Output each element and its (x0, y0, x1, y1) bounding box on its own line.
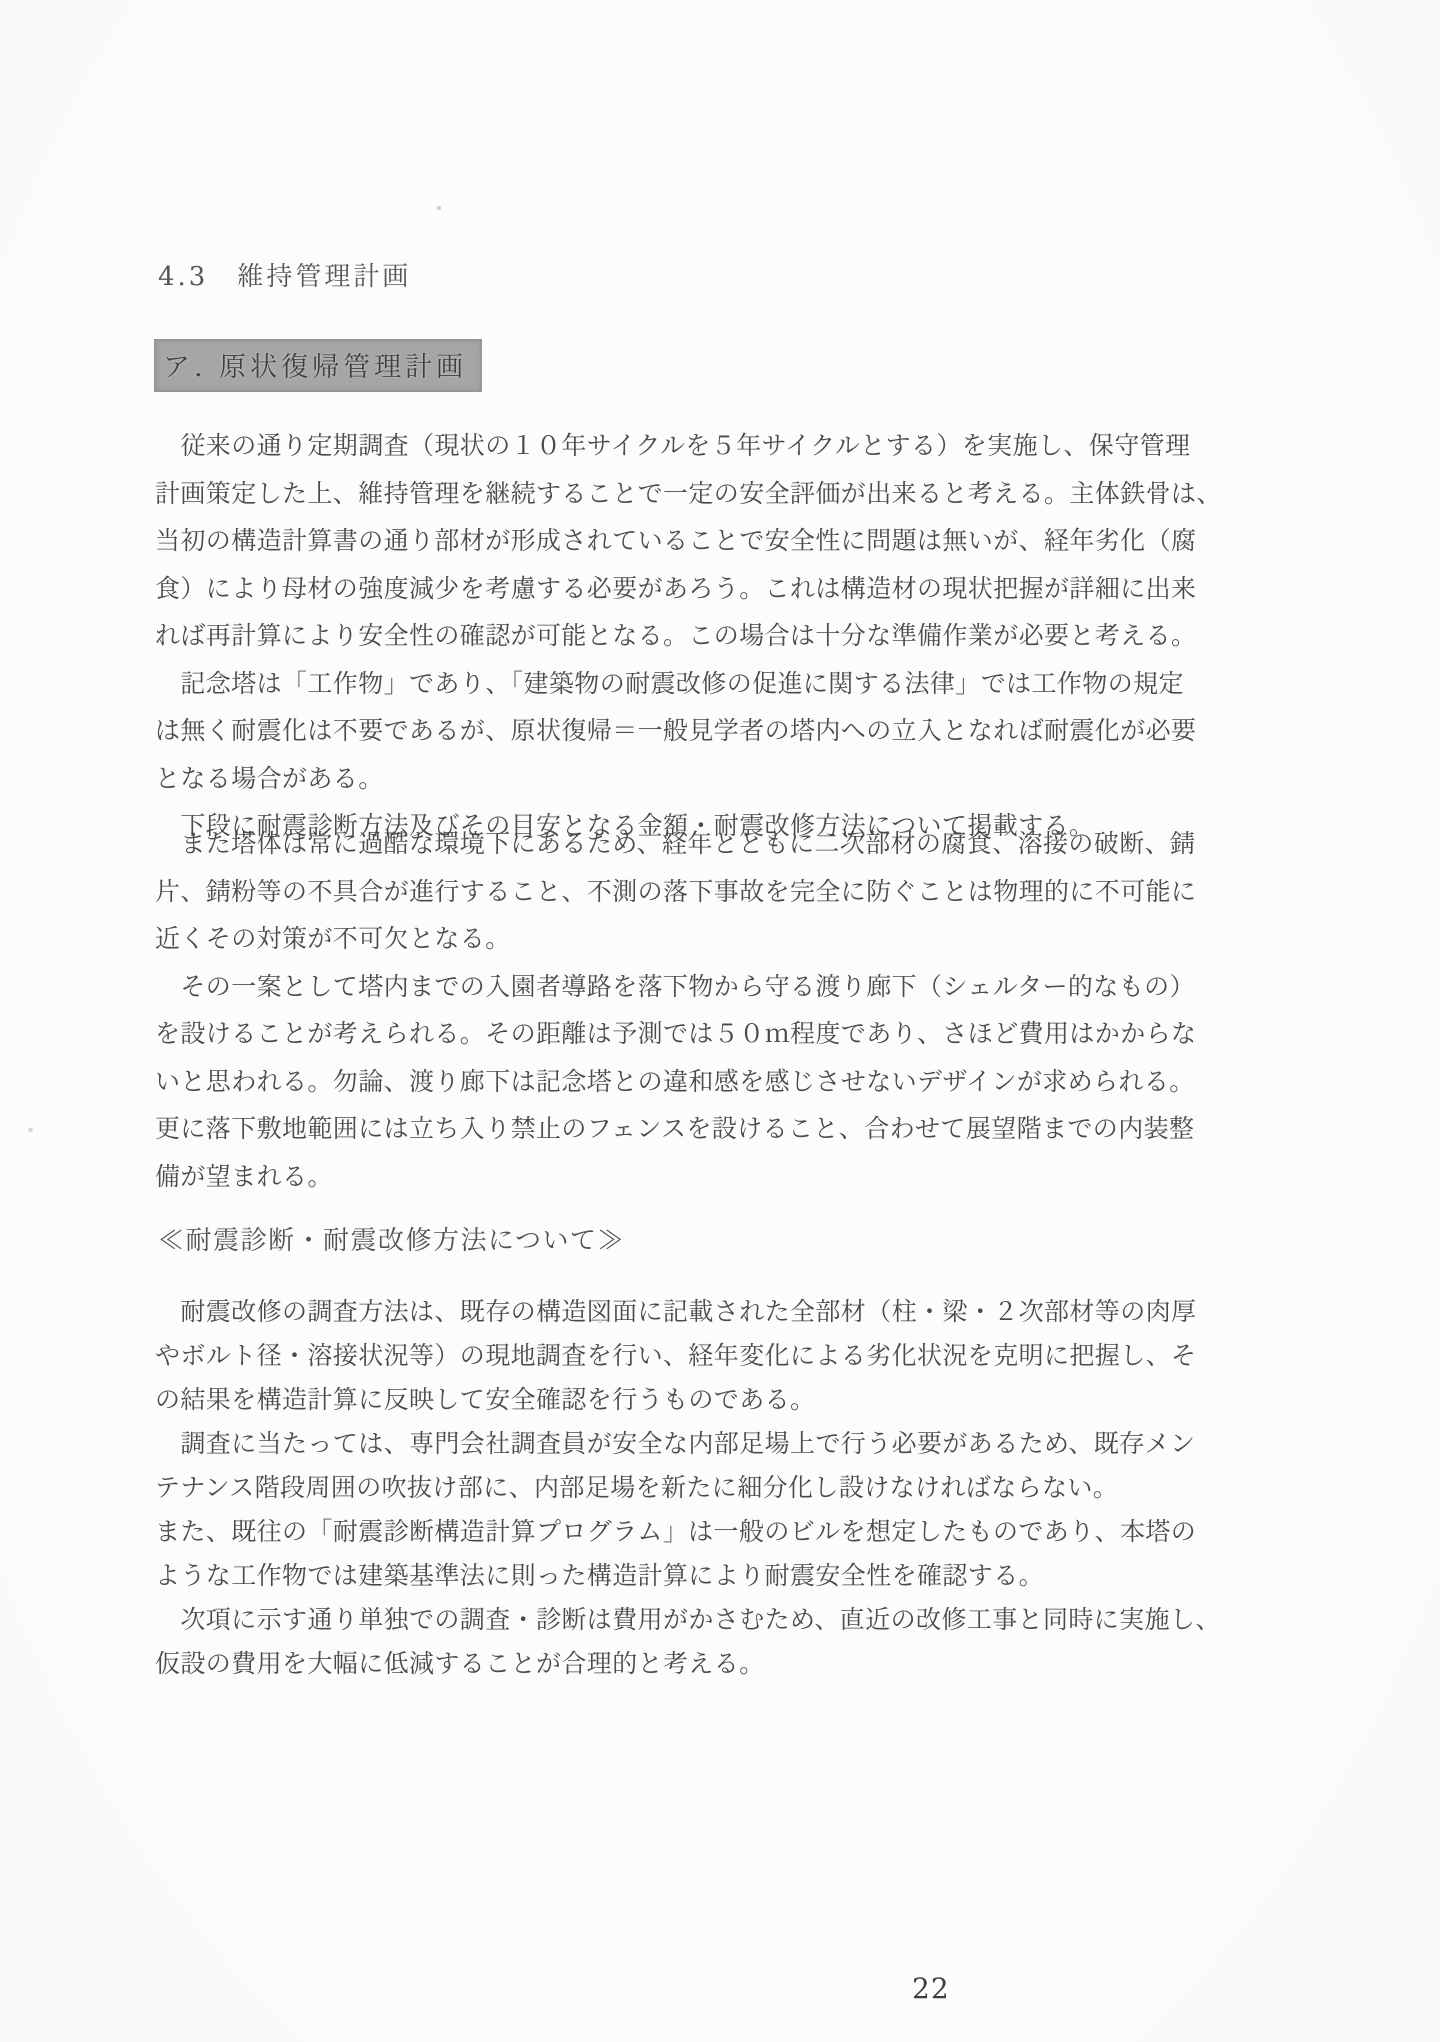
sub-section-heading: ≪耐震診断・耐震改修方法について≫ (158, 1220, 625, 1257)
scan-artifact (437, 206, 441, 210)
paragraph-block-tower-environment: また塔体は常に過酷な環境下にあるため、経年とともに二次部材の腐食、溶接の破断、錆… (155, 820, 1196, 1200)
highlighted-subheading: ア. 原状復帰管理計画 (155, 340, 481, 391)
paragraph-block-seismic-diagnosis: 耐震改修の調査方法は、既存の構造図面に記載された全部材（柱・梁・２次部材等の肉厚… (155, 1290, 1221, 1686)
document-page: 4.3 維持管理計画 ア. 原状復帰管理計画 従来の通り定期調査（現状の１０年サ… (0, 0, 1440, 2042)
scan-artifact (28, 1128, 33, 1132)
paragraph-block-restoration-plan: 従来の通り定期調査（現状の１０年サイクルを５年サイクルとする）を実施し、保守管理… (155, 422, 1222, 850)
section-heading: 4.3 維持管理計画 (158, 256, 411, 293)
page-number: 22 (912, 1972, 950, 2005)
scan-artifact (598, 1320, 602, 1323)
